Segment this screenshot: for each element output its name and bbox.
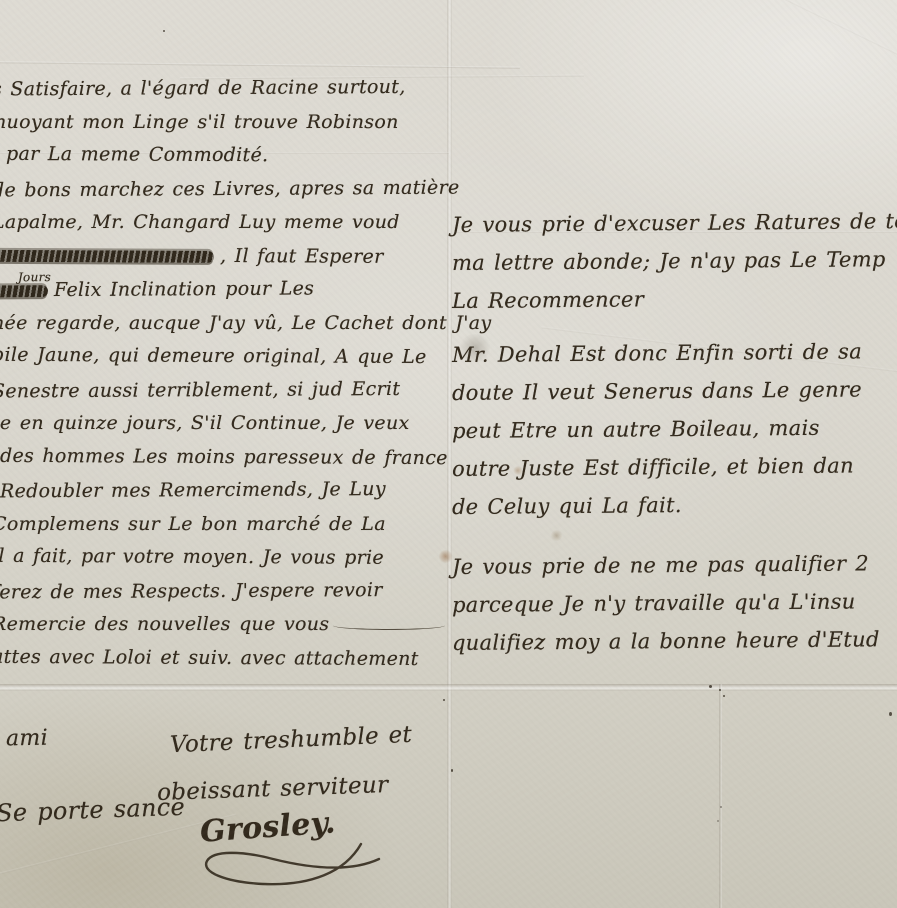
- pen-flourish: [333, 620, 445, 630]
- handwritten-text: Remercie des nouvelles que vous: [0, 613, 329, 635]
- closing-left-word: ami: [6, 726, 48, 752]
- handwritten-line: de bons marchez ces Livres, apres sa mat…: [0, 171, 458, 207]
- handwritten-line: par La meme Commodité.: [0, 138, 458, 174]
- handwritten-line: outre Juste Est difficile, et bien dan: [452, 446, 897, 488]
- handwritten-line: des hommes Les moins paresseux de france: [0, 439, 458, 475]
- handwritten-line: il a fait, par votre moyen. Je vous prie: [0, 540, 458, 576]
- paragraph: Mr. Dehal Est donc Enfin sorti de sa dou…: [452, 334, 897, 524]
- closing-left-phrase: Se porte sance: [0, 793, 185, 828]
- handwritten-line: parceque Je n'y travaille qu'a L'insu: [452, 582, 897, 624]
- handwritten-line: qualifiez moy a la bonne heure d'Etud: [452, 620, 897, 662]
- interlinear-insertion: Jours: [18, 261, 51, 295]
- handwritten-text: Felix Inclination pour Les: [54, 277, 314, 301]
- paragraph: Je vous prie d'excuser Les Ratures de to…: [452, 204, 897, 318]
- handwritten-line: de Celuy qui La fait.: [452, 484, 897, 526]
- handwritten-line-with-scribble: , Il faut Esperer: [0, 238, 458, 274]
- handwritten-line: peut Etre un autre Boileau, mais: [452, 408, 897, 450]
- ink-speck: [163, 30, 165, 32]
- handwritten-line: ma lettre abonde; Je n'ay pas Le Temp: [452, 240, 897, 282]
- handwritten-line: attes avec Loloi et suiv. avec attacheme…: [0, 640, 458, 676]
- handwritten-line-with-flourish: Remercie des nouvelles que vous: [0, 608, 458, 642]
- ink-speck: [443, 699, 445, 701]
- handwritten-line: te en quinze jours, S'il Continue, Je ve…: [0, 407, 458, 441]
- ink-speck: [717, 820, 719, 822]
- diagonal-crease: [763, 0, 897, 90]
- ink-speck: [720, 806, 722, 808]
- ink-speck: [451, 769, 453, 772]
- handwritten-line: doute Il veut Senerus dans Le genre: [452, 370, 897, 412]
- ink-speck: [719, 689, 721, 691]
- handwritten-line: s Satisfaire, a l'égard de Racine surtou…: [0, 71, 458, 107]
- handwritten-line: née regarde, aucque J'ay vû, Le Cachet d…: [0, 307, 458, 341]
- paper-crease: [0, 61, 520, 68]
- left-page-text: s Satisfaire, a l'égard de Racine surtou…: [0, 72, 458, 675]
- valediction-line-2: obeissant serviteur: [157, 772, 389, 806]
- handwritten-line: Redoubler mes Remercimends, Je Luy: [0, 473, 458, 509]
- paragraph: Je vous prie de ne me pas qualifier 2 pa…: [452, 546, 897, 660]
- handwritten-line-with-insertion: Jours Felix Inclination pour Les: [0, 272, 458, 308]
- handwritten-line: Lapalme, Mr. Changard Luy meme voud: [0, 206, 458, 240]
- ink-speck: [709, 685, 712, 688]
- signature-flourish: [193, 838, 383, 896]
- handwritten-line: Complemens sur Le bon marché de La: [0, 508, 458, 542]
- handwritten-line: Je vous prie de ne me pas qualifier 2: [452, 544, 897, 586]
- handwritten-line: Mr. Dehal Est donc Enfin sorti de sa: [452, 332, 897, 374]
- valediction-line-1: Votre treshumble et: [170, 722, 413, 759]
- handwritten-text: , Il faut Esperer: [220, 244, 384, 267]
- handwritten-line: Senestre aussi terriblement, si jud Ecri…: [0, 372, 458, 408]
- right-page-text: Je vous prie d'excuser Les Ratures de to…: [452, 204, 897, 676]
- handwritten-line: La Recommencer: [452, 278, 897, 320]
- handwritten-line: ferez de mes Respects. J'espere revoir: [0, 573, 458, 609]
- ink-speck: [723, 695, 725, 697]
- lower-vertical-fold-crease: [719, 684, 722, 908]
- handwritten-line: bile Jaune, qui demeure original, A que …: [0, 339, 458, 375]
- horizontal-fold-crease: [0, 684, 897, 691]
- handwritten-line: nuoyant mon Linge s'il trouve Robinson: [0, 106, 458, 140]
- ink-speck: [889, 712, 892, 716]
- handwritten-line: Je vous prie d'excuser Les Ratures de to…: [452, 202, 897, 244]
- manuscript-letter-photo: s Satisfaire, a l'égard de Racine surtou…: [0, 0, 897, 908]
